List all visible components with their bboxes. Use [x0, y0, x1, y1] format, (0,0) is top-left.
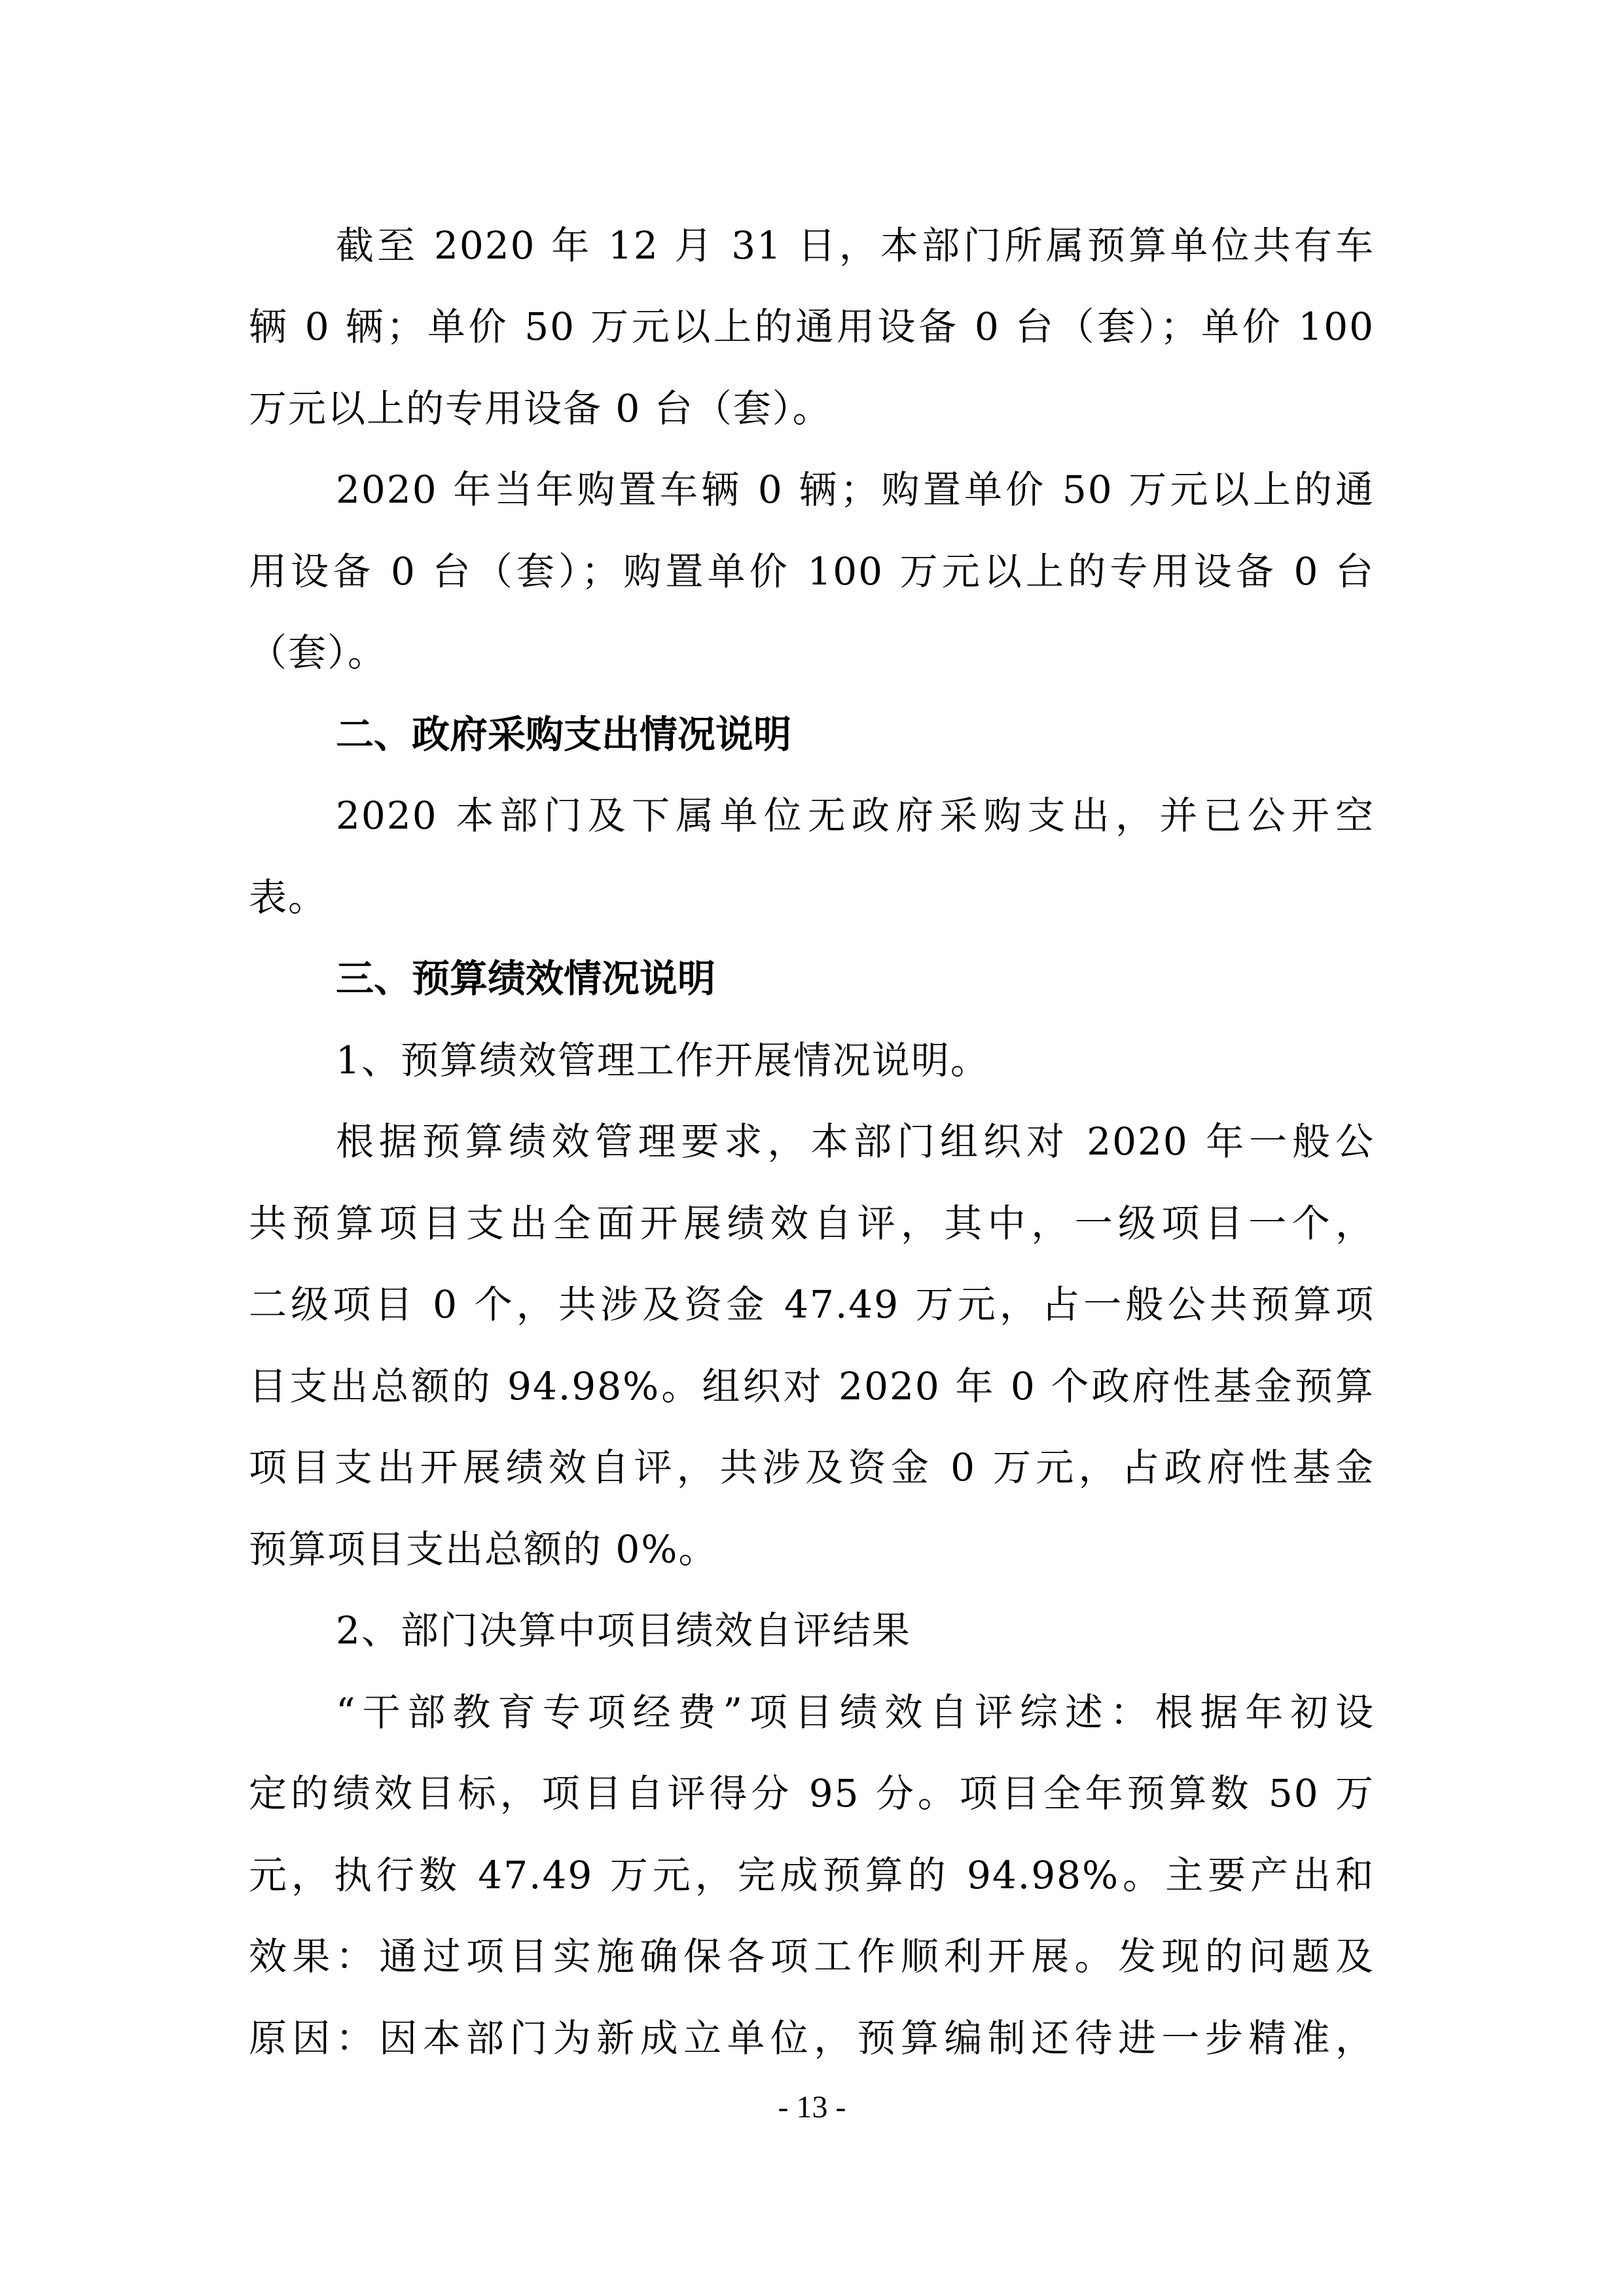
body-text-line: 目支出总额的 94.98%。组织对 2020 年 0 个政府性基金预算: [249, 1363, 1375, 1409]
body-text-line: 定的绩效目标，项目自评得分 95 分。项目全年预算数 50 万: [249, 1770, 1375, 1816]
body-text-line: 二级项目 0 个，共涉及资金 47.49 万元，占一般公共预算项: [249, 1282, 1375, 1327]
body-text-line: 用设备 0 台（套）；购置单价 100 万元以上的专用设备 0 台: [249, 548, 1375, 594]
document-page: 截至 2020 年 12 月 31 日，本部门所属预算单位共有车 辆 0 辆；单…: [0, 0, 1624, 2296]
section-heading-performance: 三、预算绩效情况说明: [336, 956, 1375, 1001]
body-text-line: 原因：因本部门为新成立单位，预算编制还待进一步精准，: [249, 2015, 1375, 2061]
body-text-line: 效果：通过项目实施确保各项工作顺利开展。发现的问题及: [249, 1933, 1375, 1979]
body-text-line: 截至 2020 年 12 月 31 日，本部门所属预算单位共有车: [336, 223, 1375, 268]
body-text-line: 2020 年当年购置车辆 0 辆；购置单价 50 万元以上的通: [336, 467, 1375, 512]
body-text-line: （套）。: [249, 630, 1375, 675]
page-number: - 13 -: [0, 2089, 1624, 2126]
body-text-line: 表。: [249, 874, 1375, 920]
body-text-line: 预算项目支出总额的 0%。: [249, 1526, 1375, 1572]
body-text-line: 项目支出开展绩效自评，共涉及资金 0 万元，占政府性基金: [249, 1444, 1375, 1490]
body-text-line: 共预算项目支出全面开展绩效自评，其中，一级项目一个，: [249, 1200, 1375, 1246]
body-text-line: 根据预算绩效管理要求，本部门组织对 2020 年一般公: [336, 1119, 1375, 1164]
body-text-line: 万元以上的专用设备 0 台（套）。: [249, 386, 1375, 431]
body-text-line: 辆 0 辆；单价 50 万元以上的通用设备 0 台（套）；单价 100: [249, 304, 1375, 350]
body-text-line: 2020 本部门及下属单位无政府采购支出，并已公开空: [336, 793, 1375, 838]
subheading-self-evaluation-results: 2、部门决算中项目绩效自评结果: [336, 1607, 1375, 1653]
body-text-line: “干部教育专项经费”项目绩效自评综述：根据年初设: [336, 1689, 1375, 1735]
subheading-performance-management: 1、预算绩效管理工作开展情况说明。: [336, 1037, 1375, 1083]
body-text-line: 元，执行数 47.49 万元，完成预算的 94.98%。主要产出和: [249, 1852, 1375, 1898]
section-heading-procurement: 二、政府采购支出情况说明: [336, 711, 1375, 757]
